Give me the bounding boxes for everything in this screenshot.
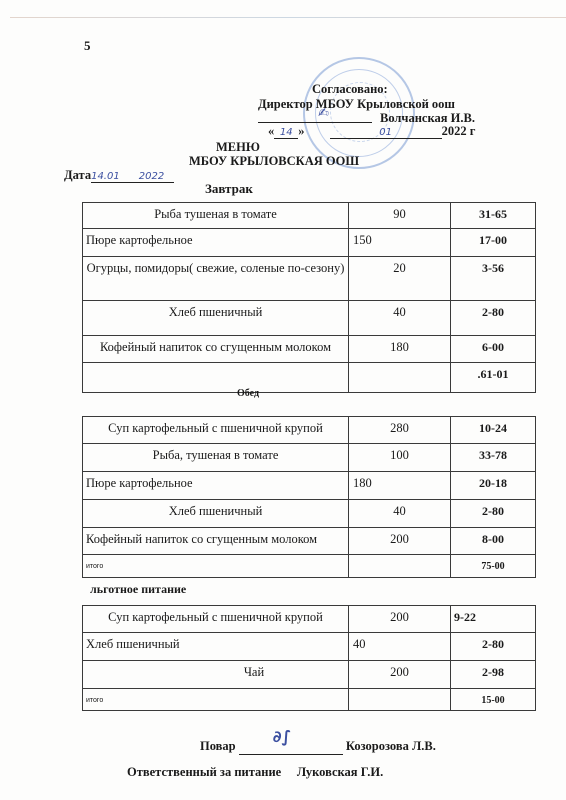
table-row: Кофейный напиток со сгущенным молоком 18… bbox=[83, 336, 536, 363]
approval-year: 2022 г bbox=[442, 124, 476, 138]
total-label: итого bbox=[83, 555, 349, 578]
breakfast-table: Рыба тушеная в томате 90 31-65 Пюре карт… bbox=[82, 202, 536, 393]
date-value: 14.01 2022 bbox=[91, 171, 174, 183]
dish-price: 2-80 bbox=[451, 633, 536, 661]
dish-name: Чай bbox=[83, 661, 349, 689]
table-row: Суп картофельный с пшеничной крупой 200 … bbox=[83, 606, 536, 633]
table-row: Чай 200 2-98 bbox=[83, 661, 536, 689]
dish-name: Кофейный напиток со сгущенным молоком bbox=[83, 336, 349, 363]
dish-qty: 90 bbox=[349, 203, 451, 229]
dish-price: 2-98 bbox=[451, 661, 536, 689]
table-row: Хлеб пшеничный 40 2-80 bbox=[83, 500, 536, 528]
date-label: Дата bbox=[64, 168, 91, 182]
lunch-table: Суп картофельный с пшеничной крупой 280 … bbox=[82, 416, 536, 578]
school-name: МБОУ КРЫЛОВСКАЯ ООШ bbox=[189, 154, 566, 169]
section-title-lunch: Обед bbox=[237, 388, 259, 399]
dish-qty: 200 bbox=[349, 528, 451, 555]
dish-price: 2-80 bbox=[451, 301, 536, 336]
dish-qty: 180 bbox=[349, 472, 451, 500]
table-row: Кофейный напиток со сгущенным молоком 20… bbox=[83, 528, 536, 555]
table-row: Рыба тушеная в томате 90 31-65 bbox=[83, 203, 536, 229]
responsible-name: Луковская Г.И. bbox=[297, 765, 383, 779]
approval-month: 01 bbox=[330, 127, 442, 139]
total-label bbox=[83, 363, 349, 393]
dish-price: 20-18 bbox=[451, 472, 536, 500]
responsible-label: Ответственный за питание bbox=[127, 765, 281, 779]
table-row: Суп картофельный с пшеничной крупой 280 … bbox=[83, 417, 536, 444]
dish-price: 9-22 bbox=[451, 606, 536, 633]
dish-name: Суп картофельный с пшеничной крупой bbox=[83, 606, 349, 633]
cook-label: Повар bbox=[200, 739, 236, 753]
table-row: Хлеб пшеничный 40 2-80 bbox=[83, 633, 536, 661]
table-row-total: итого 15-00 bbox=[83, 689, 536, 711]
dish-price: 8-00 bbox=[451, 528, 536, 555]
cook-signature-line: Повар ∂∫ Козорозова Л.В. bbox=[200, 739, 436, 755]
dish-price: 33-78 bbox=[451, 444, 536, 472]
table-row: Пюре картофельное 150 17-00 bbox=[83, 229, 536, 257]
dish-qty: 20 bbox=[349, 257, 451, 301]
dish-qty: 200 bbox=[349, 661, 451, 689]
table-row-total: итого 75-00 bbox=[83, 555, 536, 578]
benefit-table: Суп картофельный с пшеничной крупой 200 … bbox=[82, 605, 536, 711]
date-year: 2022 bbox=[139, 171, 164, 182]
dish-name: Хлеб пшеничный bbox=[83, 500, 349, 528]
dish-qty: 200 bbox=[349, 606, 451, 633]
total-qty bbox=[349, 363, 451, 393]
director-signature: ✍ bbox=[318, 106, 329, 121]
dish-qty: 180 bbox=[349, 336, 451, 363]
dish-name: Хлеб пшеничный bbox=[83, 301, 349, 336]
cook-signature-field: ∂∫ bbox=[239, 739, 343, 755]
table-row: Рыба, тушеная в томате 100 33-78 bbox=[83, 444, 536, 472]
dish-qty: 100 bbox=[349, 444, 451, 472]
dish-price: 6-00 bbox=[451, 336, 536, 363]
total-qty bbox=[349, 689, 451, 711]
total-label: итого bbox=[83, 689, 349, 711]
approval-position: Директор МБОУ Крыловской оош bbox=[258, 97, 455, 112]
page-number: 5 bbox=[84, 38, 91, 54]
director-signature-line bbox=[258, 122, 372, 123]
cook-signature: ∂∫ bbox=[273, 727, 291, 746]
dish-name: Хлеб пшеничный bbox=[83, 633, 349, 661]
total-price: 15-00 bbox=[451, 689, 536, 711]
total-qty bbox=[349, 555, 451, 578]
dish-name: Пюре картофельное bbox=[83, 472, 349, 500]
scan-edge-line bbox=[10, 17, 566, 18]
cook-name: Козорозова Л.В. bbox=[346, 739, 436, 753]
total-price: 75-00 bbox=[451, 555, 536, 578]
approval-title: Согласовано: bbox=[312, 82, 388, 97]
dish-price: 10-24 bbox=[451, 417, 536, 444]
table-row: Хлеб пшеничный 40 2-80 bbox=[83, 301, 536, 336]
dish-price: 31-65 bbox=[451, 203, 536, 229]
dish-qty: 40 bbox=[349, 301, 451, 336]
section-title-benefit: льготное питание bbox=[90, 582, 186, 597]
table-row: Пюре картофельное 180 20-18 bbox=[83, 472, 536, 500]
dish-name: Огурцы, помидоры( свежие, соленые по-сез… bbox=[83, 257, 349, 301]
dish-name: Рыба, тушеная в томате bbox=[83, 444, 349, 472]
dish-qty: 40 bbox=[349, 500, 451, 528]
dish-name: Рыба тушеная в томате bbox=[83, 203, 349, 229]
dish-qty: 280 bbox=[349, 417, 451, 444]
dish-price: 3-56 bbox=[451, 257, 536, 301]
date-field: Дата14.01 2022 bbox=[64, 168, 174, 183]
approval-day: 14 bbox=[274, 127, 298, 139]
table-row-total: .61-01 bbox=[83, 363, 536, 393]
quote-close: » bbox=[298, 124, 304, 138]
dish-name: Пюре картофельное bbox=[83, 229, 349, 257]
dish-price: 17-00 bbox=[451, 229, 536, 257]
table-row: Огурцы, помидоры( свежие, соленые по-сез… bbox=[83, 257, 536, 301]
dish-price: 2-80 bbox=[451, 500, 536, 528]
date-day: 14.01 bbox=[91, 171, 120, 182]
section-title-breakfast: Завтрак bbox=[205, 181, 253, 197]
dish-name: Суп картофельный с пшеничной крупой bbox=[83, 417, 349, 444]
dish-qty: 40 bbox=[349, 633, 451, 661]
menu-title: МЕНЮ bbox=[216, 140, 566, 155]
dish-qty: 150 bbox=[349, 229, 451, 257]
approval-date: «14» 012022 г bbox=[268, 124, 475, 139]
dish-name: Кофейный напиток со сгущенным молоком bbox=[83, 528, 349, 555]
total-price: .61-01 bbox=[451, 363, 536, 393]
responsible-line: Ответственный за питание Луковская Г.И. bbox=[127, 765, 383, 780]
